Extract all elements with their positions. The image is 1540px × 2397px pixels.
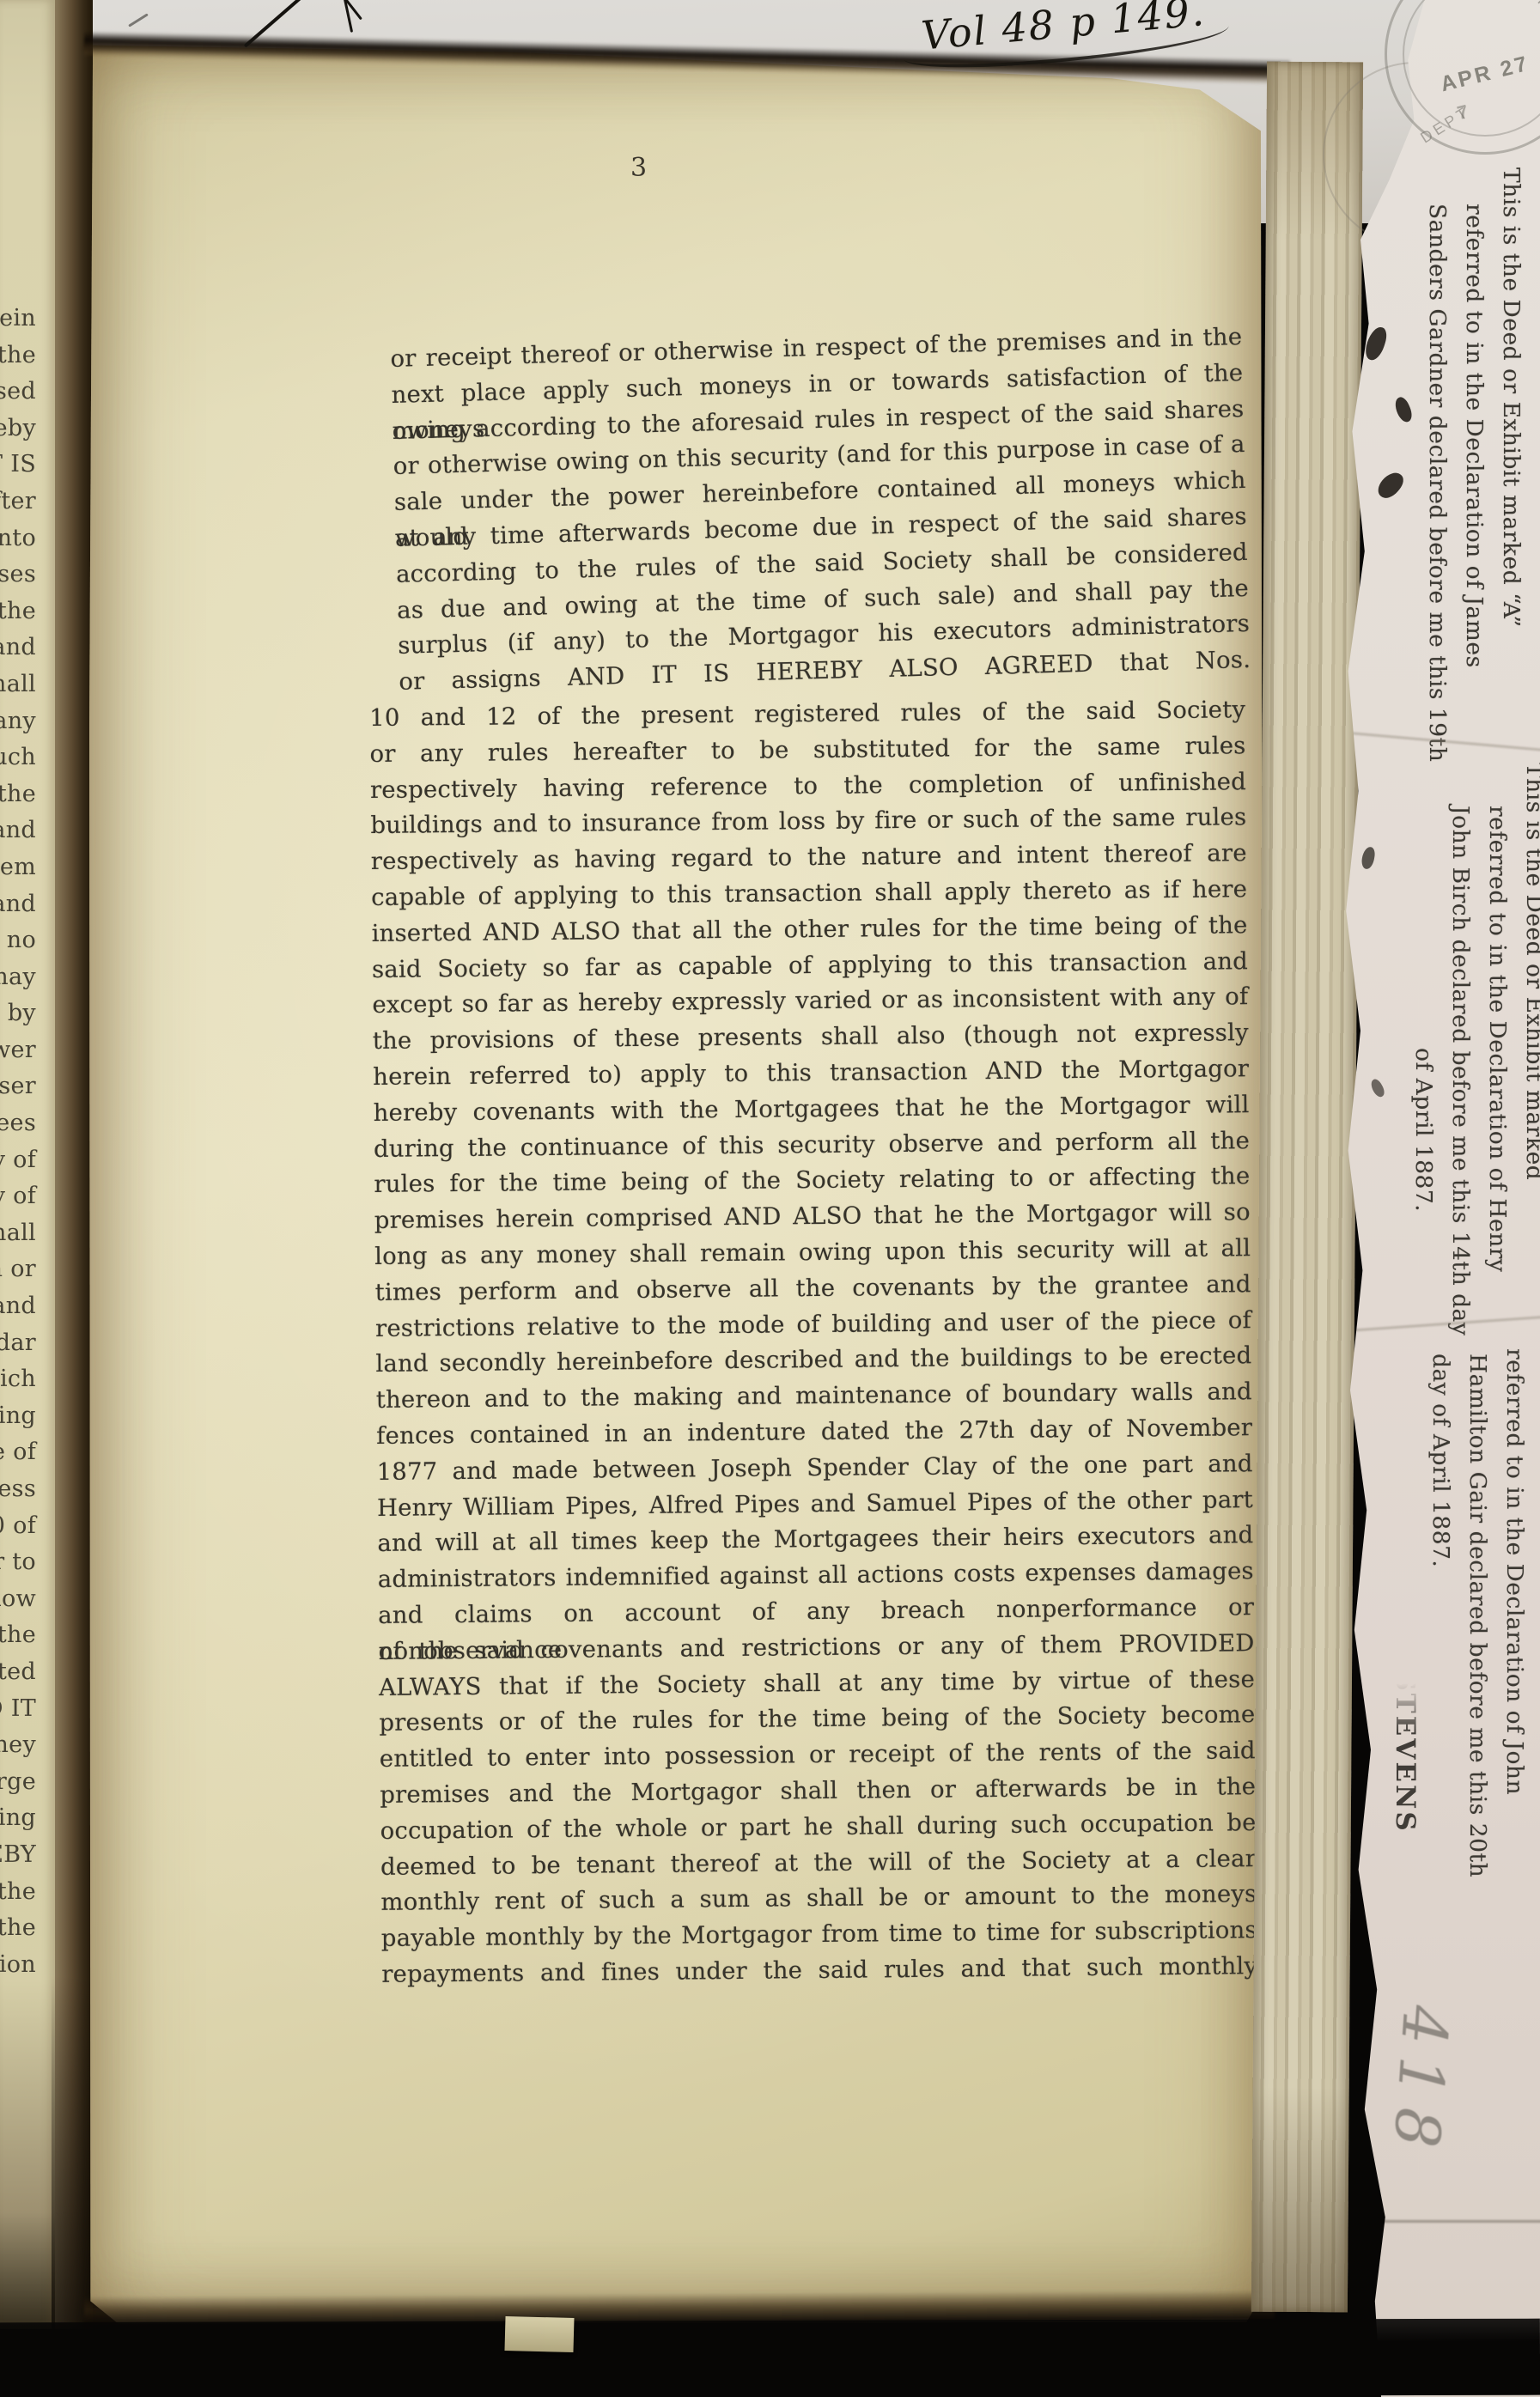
left-page-text-fragment-line: which [0, 1361, 36, 1398]
body-text-upper: or receipt thereof or otherwise in respe… [390, 319, 1251, 701]
slip-text-line: This is the Deed or Exhibit marked “A” [1493, 167, 1530, 762]
slip-text-line: day of April 1887. [1422, 1341, 1459, 1877]
left-page-text-fragment-line: t such [0, 739, 36, 776]
left-page-text-fragment-line: s shall [0, 666, 36, 703]
left-page-text-fragment-line: e now [0, 1581, 36, 1618]
left-page-text-fragment-line: deem [0, 849, 36, 886]
document-page: 3 or receipt thereof or otherwise in res… [89, 40, 1264, 2324]
left-page-text-fragment-line: scharge [0, 1764, 36, 1801]
left-page-text-fragment-line: ND IT [0, 1691, 36, 1728]
left-page-text-fragment-line: any of [0, 1178, 36, 1215]
left-page-text-fragment-line: nce of [0, 1434, 36, 1471]
exhibit-declaration-slip-1: This is the Deed or Exhibit marked “A”re… [1419, 167, 1530, 762]
left-page-text-fragment-line: alendar [0, 1325, 36, 1362]
left-page-text-fragment-line: . 10 of [0, 1508, 36, 1545]
left-page-text-fragment-line: ss and [0, 1288, 36, 1325]
left-page-text-fragment-line: of the [0, 593, 36, 630]
left-page-text-fragment-line: le and [0, 886, 36, 923]
stamp-arc-text-top: OFFICE [1502, 0, 1540, 35]
stamp-arc-text-bottom: DEPT [1418, 103, 1474, 148]
left-page-text-fragment-line: IT IS [0, 447, 36, 484]
gutter-shadow [52, 1975, 96, 2329]
exhibit-declaration-slip-2: This is the Deed or Exhibit markedreferr… [1405, 763, 1540, 1335]
left-page-text-fragment-line: hereby [0, 411, 36, 447]
body-text-lower: 10 and 12 of the present registered rule… [369, 692, 1257, 1992]
left-page-text-fragment-line: ble by [0, 995, 36, 1032]
page-stack-edge [1251, 62, 1363, 2313]
left-page-text-fragment-line: ell the [0, 776, 36, 813]
left-page-text-fragments: hereinon thedorsedherebyIT ISreafterr in… [0, 301, 36, 1983]
left-page-text-fragment-line: gagees [0, 1105, 36, 1142]
left-page-text-fragment-line: r into [0, 520, 36, 557]
left-page-text-fragment-line: being [0, 1800, 36, 1837]
page-tab [504, 2316, 574, 2352]
scan-background-bottom [0, 2319, 1540, 2397]
pencil-annotation: 418 [1379, 2003, 1462, 2162]
slip-text-line: referred to in the Declaration of James [1456, 167, 1493, 762]
left-page-text-fragment-line: reafter [0, 484, 36, 520]
left-page-text-fragment-line: emises [0, 557, 36, 593]
left-page-text-fragment-line: rity of [0, 1142, 36, 1179]
left-page-text-fragment-line: herein [0, 301, 36, 338]
signature-fragment: E. STEVENS [1390, 1625, 1421, 1834]
slip-text-line: This is the Deed or Exhibit marked [1516, 763, 1540, 1335]
left-page-text-fragment-line: s shall [0, 1215, 36, 1252]
left-page-text-fragment-line: ecuted [0, 1654, 36, 1691]
left-page-text-fragment-line: llection [0, 1947, 36, 1984]
torn-edge-line [1362, 2220, 1540, 2223]
slip-text-line: John Birch declared before me this 14th … [1442, 763, 1479, 1335]
left-page-text-fragment-line: power [0, 1032, 36, 1069]
left-page-text-fragment-line: fter to [0, 1544, 36, 1581]
left-page-text-fragment-line: unless [0, 1471, 36, 1508]
left-page-text-fragment-line: til the [0, 1617, 36, 1654]
left-page-text-fragment-line: sion or [0, 1251, 36, 1288]
slip-text-line: This is the Deed or Exhibit marked [1533, 1341, 1540, 1877]
slip-text-line: referred to in the Declaration of John [1496, 1341, 1533, 1877]
left-page-text-fragment-line: in the [0, 1910, 36, 1947]
left-page-text-fragment-line: se and [0, 630, 36, 666]
left-page-text-fragment-line: dorsed [0, 374, 36, 411]
left-page-text-fragment-line: er and [0, 812, 36, 849]
slip-text-line: referred to in the Declaration of Henry [1479, 763, 1516, 1335]
stamp-date-text: APR 27 [1387, 39, 1540, 110]
page-number: 3 [630, 153, 648, 183]
left-page-text-fragment-line: h may [0, 959, 36, 996]
left-page-text-fragment-line: rchaser [0, 1068, 36, 1105]
slip-text-line: Sanders Gardner declared before me this … [1419, 167, 1456, 762]
stamp-sub-text: 7 [1455, 100, 1470, 125]
exhibit-declaration-slip-3: This is the Deed or Exhibit markedreferr… [1422, 1341, 1540, 1877]
left-page-text-fragment-line: on the [0, 338, 36, 374]
left-page-text-fragment-line: or any [0, 703, 36, 740]
left-page-text-fragment-line: nd no [0, 922, 36, 959]
body-text-line: repayments and fines under the said rule… [381, 1949, 1257, 1993]
left-page-text-fragment-line: cording [0, 1398, 36, 1435]
slip-text-line: Hamilton Gair declared before me this 20… [1459, 1341, 1496, 1877]
slip-text-line: of April 1887. [1405, 763, 1442, 1335]
left-page-text-fragment-line: money [0, 1727, 36, 1764]
left-page-text-fragment-line: REBY [0, 1837, 36, 1874]
left-page-text-fragment-line: of the [0, 1874, 36, 1911]
